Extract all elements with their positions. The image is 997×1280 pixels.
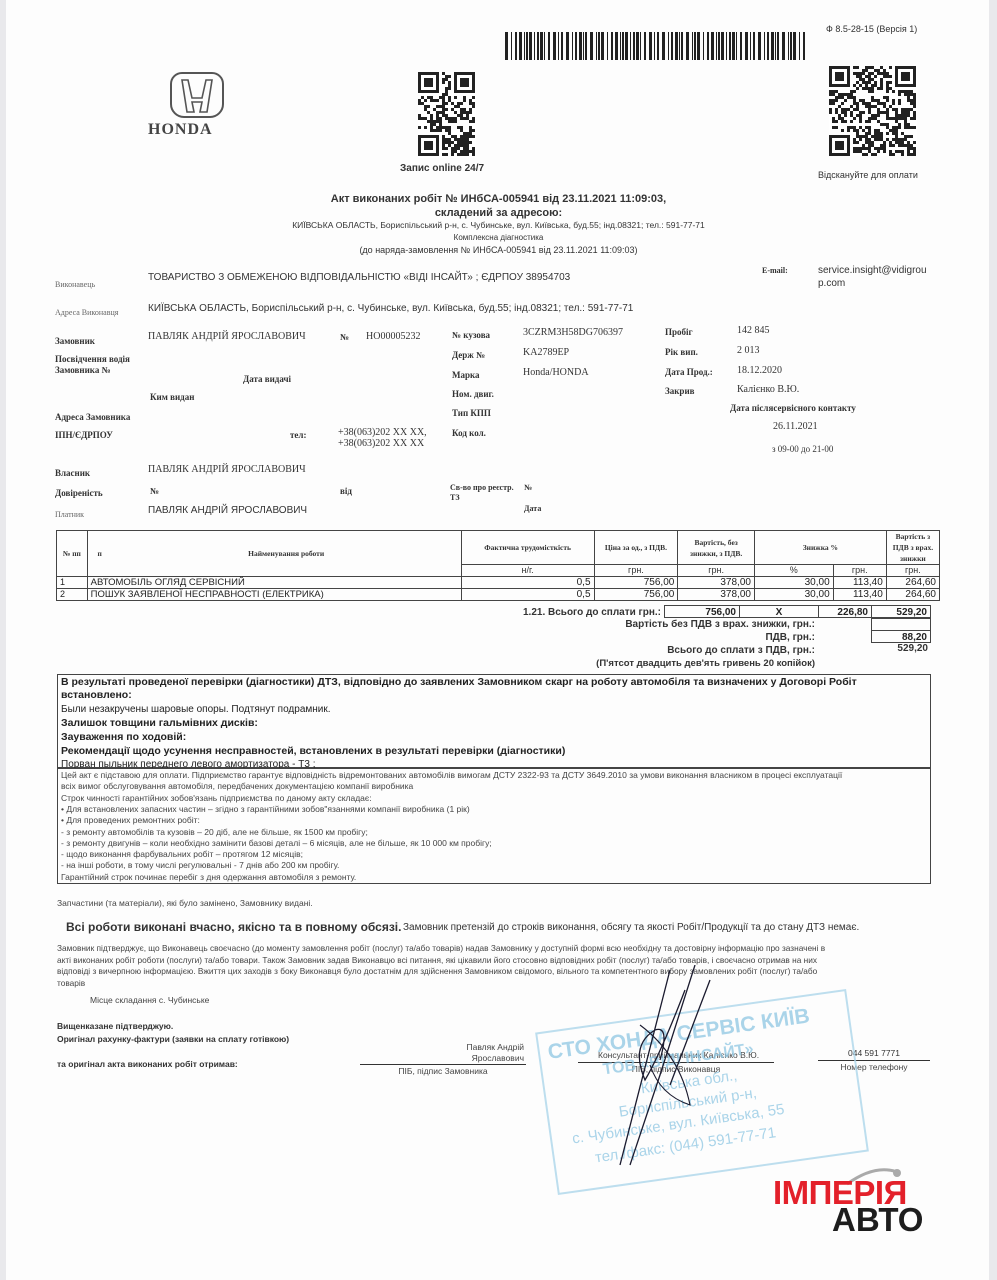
vin-value: 3CZRM3H58DG706397 — [523, 327, 623, 338]
unit-total: грн. — [886, 565, 939, 577]
executor-address-value: КИЇВСЬКА ОБЛАСТЬ, Бориспільський р-н, с.… — [148, 303, 633, 314]
reg-date-label: Дата — [524, 504, 541, 513]
row-labor: 0,5 — [461, 577, 594, 589]
done-statement: Всі роботи виконані вчасно, якісно та в … — [66, 920, 401, 934]
customer-address-label: Адреса Замовника — [55, 412, 130, 422]
poa-label: Довіреність — [55, 488, 103, 498]
email-label: E-mail: — [762, 266, 788, 275]
customer-no-label: № — [340, 332, 349, 342]
customer-label: Замовник — [55, 336, 95, 346]
document-subtitle: складений за адресою: — [0, 207, 997, 219]
vat-value: 88,20 — [871, 630, 931, 643]
mileage-label: Пробіг — [665, 327, 693, 337]
issue-date-label: Дата видачі — [243, 374, 291, 384]
unit-price: грн. — [594, 565, 678, 577]
row-total: 264,60 — [886, 589, 939, 601]
grand-total-label: Всього до сплати з ПДВ, грн.: — [500, 645, 815, 656]
table-row: 1 АВТОМОБІЛЬ ОГЛЯД СЕРВІСНИЙ 0,5 756,00 … — [57, 577, 940, 589]
gearbox-label: Тип КПП — [452, 408, 491, 418]
make-value: Honda/HONDA — [523, 367, 589, 378]
col-header-price: Ціна за од., з ПДВ. — [594, 531, 678, 565]
total-in-words: (П'ятсот двадцить дев'ять гривень 20 коп… — [500, 658, 815, 669]
brand-name: HONDA — [148, 121, 213, 139]
watermark-logo-bottom: АВТО — [832, 1205, 923, 1235]
col-header-total: Вартість з ПДВ з врах. знижки — [886, 531, 939, 565]
total-x: X — [739, 605, 819, 618]
table-row: 2 ПОШУК ЗАЯВЛЕНОЇ НЕСПРАВНОСТІ (ЕЛЕКТРИК… — [57, 589, 940, 601]
poa-from-label: від — [340, 486, 352, 496]
payer-value: ПАВЛЯК АНДРІЙ ЯРОСЛАВОВИЧ — [148, 505, 307, 516]
year-label: Рік вип. — [665, 347, 698, 357]
service-type: Комплексна діагностика — [0, 233, 997, 242]
col-header-mark: п — [87, 531, 112, 577]
owner-label: Власник — [55, 468, 90, 478]
no-claims-statement: Замовник претензій до строків виконання,… — [403, 922, 859, 933]
vat-label: ПДВ, грн.: — [500, 632, 815, 643]
diagnostics-intro-2: встановлено: — [61, 689, 132, 702]
col-header-name: Найменування роботи — [112, 531, 462, 577]
diagnostics-finding: Были незакручены шаровые опоры. Подтянут… — [61, 703, 331, 716]
payment-qr-caption: Відскануйте для оплати — [818, 170, 918, 180]
warranty-line: - на інші роботи, в тому числі регулювал… — [61, 860, 339, 871]
document-page: Ф 8.5-28-15 (Версія 1) HONDA Запис onlin… — [0, 0, 997, 1280]
place-of-issue: Місце складання с. Чубинське — [90, 995, 209, 1005]
row-discount-pct: 30,00 — [754, 577, 833, 589]
row-no: 2 — [57, 589, 88, 601]
issued-by-label: Ким видан — [150, 392, 194, 402]
row-discount-uah: 113,40 — [833, 577, 886, 589]
reg-cert-label-2: ТЗ — [450, 493, 460, 502]
col-header-no: № пп — [57, 531, 88, 577]
warranty-line: Гарантійний строк починає перебіг з дня … — [61, 872, 356, 883]
row-price: 756,00 — [594, 589, 678, 601]
vin-label: № кузова — [452, 330, 490, 340]
executor-label: Виконавець — [55, 280, 95, 289]
payment-qr-code[interactable] — [829, 66, 917, 156]
plate-value: KA2789EP — [523, 347, 569, 358]
sale-date-label: Дата Прод.: — [665, 367, 713, 377]
customer-sig-caption: ПІБ, підпис Замовника — [360, 1066, 526, 1076]
diagnostics-section: В результаті проведеної перевірки (діагн… — [57, 674, 931, 768]
email-line-1[interactable]: service.insight@vidigrou — [818, 265, 927, 276]
plate-label: Держ № — [452, 350, 485, 360]
row-price: 756,00 — [594, 577, 678, 589]
email-line-2[interactable]: p.com — [818, 278, 845, 289]
closed-by-label: Закрив — [665, 386, 695, 396]
post-service-label: Дата післясервісного контакту — [730, 403, 856, 413]
warranty-section: Цей акт є підставою для оплати. Підприєм… — [57, 768, 931, 884]
unit-labor: н/г. — [461, 565, 594, 577]
grand-total-value: 529,20 — [871, 643, 928, 654]
tax-id-label: ІПН/ЄДРПОУ — [55, 430, 113, 440]
signature-scribble — [600, 965, 730, 1175]
warranty-line: Цей акт є підставою для оплати. Підприєм… — [61, 770, 842, 781]
scroll-edge-left — [0, 0, 6, 1280]
engine-label: Ном. двиг. — [452, 389, 494, 399]
scroll-edge-right — [989, 0, 997, 1280]
row-labor: 0,5 — [461, 589, 594, 601]
executor-address-label: Адреса Виконавця — [55, 308, 118, 317]
unit-cost: грн. — [678, 565, 755, 577]
row-cost: 378,00 — [678, 577, 755, 589]
year-value: 2 013 — [737, 345, 760, 356]
barcode — [505, 32, 807, 60]
header-address: КИЇВСЬКА ОБЛАСТЬ, Бориспільський р-н, с.… — [0, 220, 997, 230]
col-header-labor: Фактична трудомісткість — [461, 531, 594, 565]
row-cost: 378,00 — [678, 589, 755, 601]
closed-by-value: Калієнко В.Ю. — [737, 384, 799, 395]
post-service-date: 26.11.2021 — [773, 421, 818, 432]
total-sum: 529,20 — [871, 605, 931, 618]
warranty-line: - з ремонту автомобілів та кузовів – 20 … — [61, 827, 368, 838]
recommendations-label: Рекомендації щодо усунення несправностей… — [61, 745, 565, 758]
chassis-notes-label: Зауваження по ходовій: — [61, 731, 186, 744]
confirmation-line: відповіді з вичерпною інформацією. Вжитт… — [57, 966, 937, 976]
row-discount-uah: 113,40 — [833, 589, 886, 601]
total-label: 1.21. Всього до сплати грн.: — [523, 607, 661, 618]
confirmation-line: акті виконаних робіт роботи (послуги) та… — [57, 955, 937, 965]
warranty-line: • Для встановлених запасних частин – згі… — [61, 804, 470, 815]
diagnostics-intro: В результаті проведеної перевірки (діагн… — [61, 676, 857, 689]
confirmation-line: товарів — [57, 978, 937, 988]
total-price: 756,00 — [664, 605, 740, 618]
customer-no-value: НО00005232 — [366, 331, 420, 342]
works-table: № пп п Найменування роботи Фактична труд… — [56, 530, 940, 601]
executor-value: ТОВАРИСТВО З ОБМЕЖЕНОЮ ВІДПОВІДАЛЬНІСТЮ … — [148, 272, 570, 283]
warranty-line: • Для проведених ремонтних робіт: — [61, 815, 200, 826]
color-code-label: Код кол. — [452, 428, 486, 438]
booking-qr-code[interactable] — [418, 72, 476, 158]
phone-2: +38(063)202 XX XX — [338, 438, 424, 449]
warranty-line: Строк чинності гарантійних зобов'язань п… — [61, 793, 372, 804]
brake-discs-label: Залишок товщини гальмівних дисків: — [61, 717, 258, 730]
customer-sig-name-2: Ярославович — [440, 1053, 524, 1063]
warranty-line: всіх вимог обслуговування автомобіля, пе… — [61, 781, 413, 792]
confirmation-line: Замовник підтверджує, що Виконавець своє… — [57, 943, 937, 953]
customer-signature-line — [360, 1064, 526, 1065]
warranty-line: - з ремонту двигунів – коли необхідно за… — [61, 838, 492, 849]
phone-1: +38(063)202 XX XX, — [338, 427, 427, 438]
confirm-line-3: та оригінал акта виконаних робіт отримав… — [57, 1059, 238, 1069]
reg-no-label: № — [524, 483, 532, 492]
row-name: ПОШУК ЗАЯВЛЕНОЇ НЕСПРАВНОСТІ (ЕЛЕКТРИКА) — [87, 589, 461, 601]
row-name: АВТОМОБІЛЬ ОГЛЯД СЕРВІСНИЙ — [87, 577, 461, 589]
row-discount-pct: 30,00 — [754, 589, 833, 601]
customer-value: ПАВЛЯК АНДРІЙ ЯРОСЛАВОВИЧ — [148, 331, 306, 342]
phone-label: тел: — [290, 430, 306, 440]
confirm-line-1: Вищенказане підтверджую. — [57, 1021, 173, 1031]
row-total: 264,60 — [886, 577, 939, 589]
make-label: Марка — [452, 370, 480, 380]
poa-no-label: № — [150, 486, 159, 496]
warranty-line: - щодо виконання фарбувальних робіт – пр… — [61, 849, 303, 860]
license-label-1: Посвідчення водія — [55, 354, 130, 364]
no-vat-label: Вартість без ПДВ з врах. знижки, грн.: — [500, 619, 815, 630]
form-code: Ф 8.5-28-15 (Версія 1) — [826, 24, 917, 34]
total-discount: 226,80 — [818, 605, 872, 618]
order-reference: (до наряда-замовлення № ИНбСА-005941 від… — [0, 245, 997, 255]
row-no: 1 — [57, 577, 88, 589]
unit-discount-uah: грн. — [833, 565, 886, 577]
sale-date-value: 18.12.2020 — [737, 365, 782, 376]
customer-sig-name-1: Павляк Андрій — [440, 1042, 524, 1052]
col-header-discount: Знижка % — [754, 531, 886, 565]
owner-value: ПАВЛЯК АНДРІЙ ЯРОСЛАВОВИЧ — [148, 464, 306, 475]
confirm-line-2: Оригінал рахунку-фактури (заявки на спла… — [57, 1034, 289, 1044]
booking-qr-caption: Запис online 24/7 — [400, 163, 484, 174]
license-label-2: Замовника № — [55, 365, 111, 375]
mileage-value: 142 845 — [737, 325, 770, 336]
col-header-cost: Вартість, без знижки, з ПДВ. — [678, 531, 755, 565]
reg-cert-label-1: Св-во про реєстр. — [450, 483, 514, 492]
parts-note: Запчастини (та матеріали), які було замі… — [57, 898, 313, 908]
post-service-time: з 09-00 до 21-00 — [772, 444, 833, 454]
honda-logo-icon — [170, 72, 224, 118]
unit-discount-pct: % — [754, 565, 833, 577]
document-title: Акт виконаних робіт № ИНбСА-005941 від 2… — [0, 193, 997, 205]
payer-label: Платник — [55, 510, 84, 519]
